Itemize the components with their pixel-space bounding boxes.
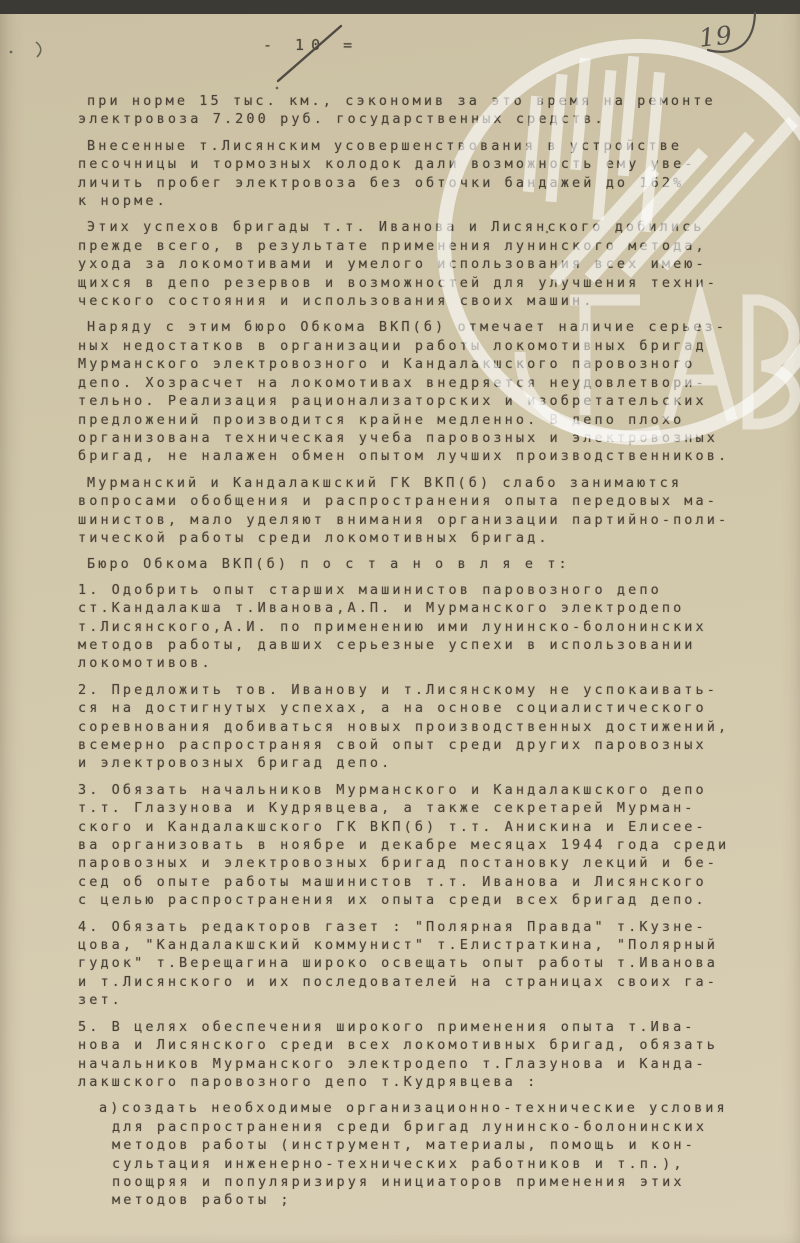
text-line: депо. Хозрасчет на локомотивах внедряетс… bbox=[78, 374, 768, 392]
text-line: к норме. bbox=[78, 192, 768, 210]
text-line: ных недостатков в организации работы лок… bbox=[78, 337, 768, 355]
text-line: ся на достигнутых успехах, а на основе с… bbox=[78, 699, 768, 717]
text-line: сультация инженерно-технических работник… bbox=[112, 1155, 768, 1173]
text-line: ва организовать в ноябре и декабре месяц… bbox=[78, 836, 768, 854]
resolution-item-3: 3. Обязать начальников Мурманского и Кан… bbox=[78, 781, 768, 910]
text-line: поощряя и популяризируя инициаторов прим… bbox=[112, 1173, 768, 1191]
text-line: нова и Лисянского среди всех локомотивны… bbox=[78, 1036, 768, 1054]
text-line: 5. В целях обеспечения широкого применен… bbox=[78, 1018, 768, 1036]
text-line: для распространения среди бригад лунинск… bbox=[112, 1118, 768, 1136]
text-line: песочницы и тормозных колодок дали возмо… bbox=[78, 155, 768, 173]
document-text: при норме 15 тыс. км., сэкономив за это … bbox=[78, 92, 768, 1218]
text-line: Мурманский и Кандалакшский ГК ВКП(б) сла… bbox=[87, 474, 768, 492]
text-line: вопросами обобщения и распространения оп… bbox=[78, 492, 768, 510]
text-line: паровозных и электровозных бригад постан… bbox=[78, 854, 768, 872]
text-line: Этих успехов бригады т.т. Иванова и Лися… bbox=[87, 218, 768, 236]
paper-speck bbox=[10, 51, 13, 54]
scan-edge-band bbox=[0, 0, 800, 14]
paragraph-shortcomings: Наряду с этим бюро Обкома ВКП(б) отмечае… bbox=[78, 318, 768, 465]
text-line: Внесенные т.Лисянским усовершенствования… bbox=[87, 137, 768, 155]
resolution-item-1: 1. Одобрить опыт старших машинистов паро… bbox=[78, 581, 768, 673]
text-line: 3. Обязать начальников Мурманского и Кан… bbox=[78, 781, 768, 799]
text-line: 1. Одобрить опыт старших машинистов паро… bbox=[78, 581, 768, 599]
text-line: сед об опыте работы машинистов т.т. Иван… bbox=[78, 873, 768, 891]
text-line: а)создать необходимые организационно-тех… bbox=[99, 1099, 768, 1117]
text-line: методов работы, давших серьезные успехи … bbox=[78, 636, 768, 654]
scanned-document-page: - 10 = 19 при норме 15 тыс. км., сэконом… bbox=[0, 0, 800, 1243]
text-line: методов работы (инструмент, материалы, п… bbox=[112, 1136, 768, 1154]
resolution-item-4: 4. Обязать редакторов газет : "Полярная … bbox=[78, 918, 768, 1010]
text-line: методов работы ; bbox=[112, 1191, 768, 1209]
text-line: и электровозных бригад депо. bbox=[78, 754, 768, 772]
text-line: щихся в депо резервов и возможностей для… bbox=[78, 274, 768, 292]
text-line: соревнования добиваться новых производст… bbox=[78, 718, 768, 736]
text-line: 2. Предложить тов. Иванову и т.Лисянском… bbox=[78, 681, 768, 699]
text-line: цова, "Кандалакшский коммунист" т.Елистр… bbox=[78, 936, 768, 954]
paragraph-successes: Этих успехов бригады т.т. Иванова и Лися… bbox=[78, 218, 768, 310]
text-line: прежде всего, в результате применения лу… bbox=[78, 237, 768, 255]
text-line: Наряду с этим бюро Обкома ВКП(б) отмечае… bbox=[87, 318, 768, 336]
paragraph-gk-vkpb: Мурманский и Кандалакшский ГК ВКП(б) сла… bbox=[78, 474, 768, 548]
resolution-subitem-a: а)создать необходимые организационно-тех… bbox=[99, 1099, 768, 1209]
text-line: тической работы среди локомотивных брига… bbox=[78, 529, 768, 547]
text-line: зет. bbox=[78, 991, 768, 1009]
text-line: гудок" т.Верещагина широко освещать опыт… bbox=[78, 954, 768, 972]
text-line: с целью распространения их опыта среди в… bbox=[78, 891, 768, 909]
text-line: электровоза 7.200 руб. государственных с… bbox=[78, 110, 768, 128]
handwritten-page-number: 19 bbox=[698, 20, 735, 52]
text-line: ского и Кандалакшского ГК ВКП(б) т.т. Ан… bbox=[78, 818, 768, 836]
text-line: всемерно распространяя свой опыт среди д… bbox=[78, 736, 768, 754]
text-line: начальников Мурманского электродепо т.Гл… bbox=[78, 1055, 768, 1073]
text-line: тельно. Реализация рационализаторских и … bbox=[78, 392, 768, 410]
text-line: Бюро Обкома ВКП(б) п о с т а н о в л я е… bbox=[87, 555, 768, 573]
text-line: организована техническая учеба паровозны… bbox=[78, 429, 768, 447]
text-line: 4. Обязать редакторов газет : "Полярная … bbox=[78, 918, 768, 936]
text-line: при норме 15 тыс. км., сэкономив за это … bbox=[87, 92, 768, 110]
resolution-item-2: 2. Предложить тов. Иванову и т.Лисянском… bbox=[78, 681, 768, 773]
paragraph-improvements: Внесенные т.Лисянским усовершенствования… bbox=[78, 137, 768, 211]
text-line: локомотивов. bbox=[78, 654, 768, 672]
resolution-heading: Бюро Обкома ВКП(б) п о с т а н о в л я е… bbox=[78, 555, 768, 573]
paragraph-savings: при норме 15 тыс. км., сэкономив за это … bbox=[78, 92, 768, 129]
text-line: Мурманского электровозного и Кандалакшск… bbox=[78, 355, 768, 373]
text-line: ст.Кандалакша т.Иванова,А.П. и Мурманско… bbox=[78, 599, 768, 617]
text-line: и т.Лисянского и их последователей на ст… bbox=[78, 973, 768, 991]
text-line: т.Лисянского,А.И. по применению ими луни… bbox=[78, 618, 768, 636]
paper-speck bbox=[276, 87, 279, 90]
resolution-item-5: 5. В целях обеспечения широкого применен… bbox=[78, 1018, 768, 1092]
text-line: т.т. Глазунова и Кудрявцева, а также сек… bbox=[78, 799, 768, 817]
text-line: предложений производится крайне медленно… bbox=[78, 411, 768, 429]
typed-page-number: - 10 = bbox=[263, 36, 359, 54]
text-line: бригад, не налажен обмен опытом лучших п… bbox=[78, 447, 768, 465]
text-line: шинистов, мало уделяют внимания организа… bbox=[78, 511, 768, 529]
text-line: ухода за локомотивами и умелого использо… bbox=[78, 255, 768, 273]
text-line: личить пробег электровоза без обточки ба… bbox=[78, 174, 768, 192]
text-line: ческого состояния и использования своих … bbox=[78, 292, 768, 310]
stray-pen-mark bbox=[36, 42, 41, 57]
text-line: лакшского паровозного депо т.Кудрявцева … bbox=[78, 1073, 768, 1091]
